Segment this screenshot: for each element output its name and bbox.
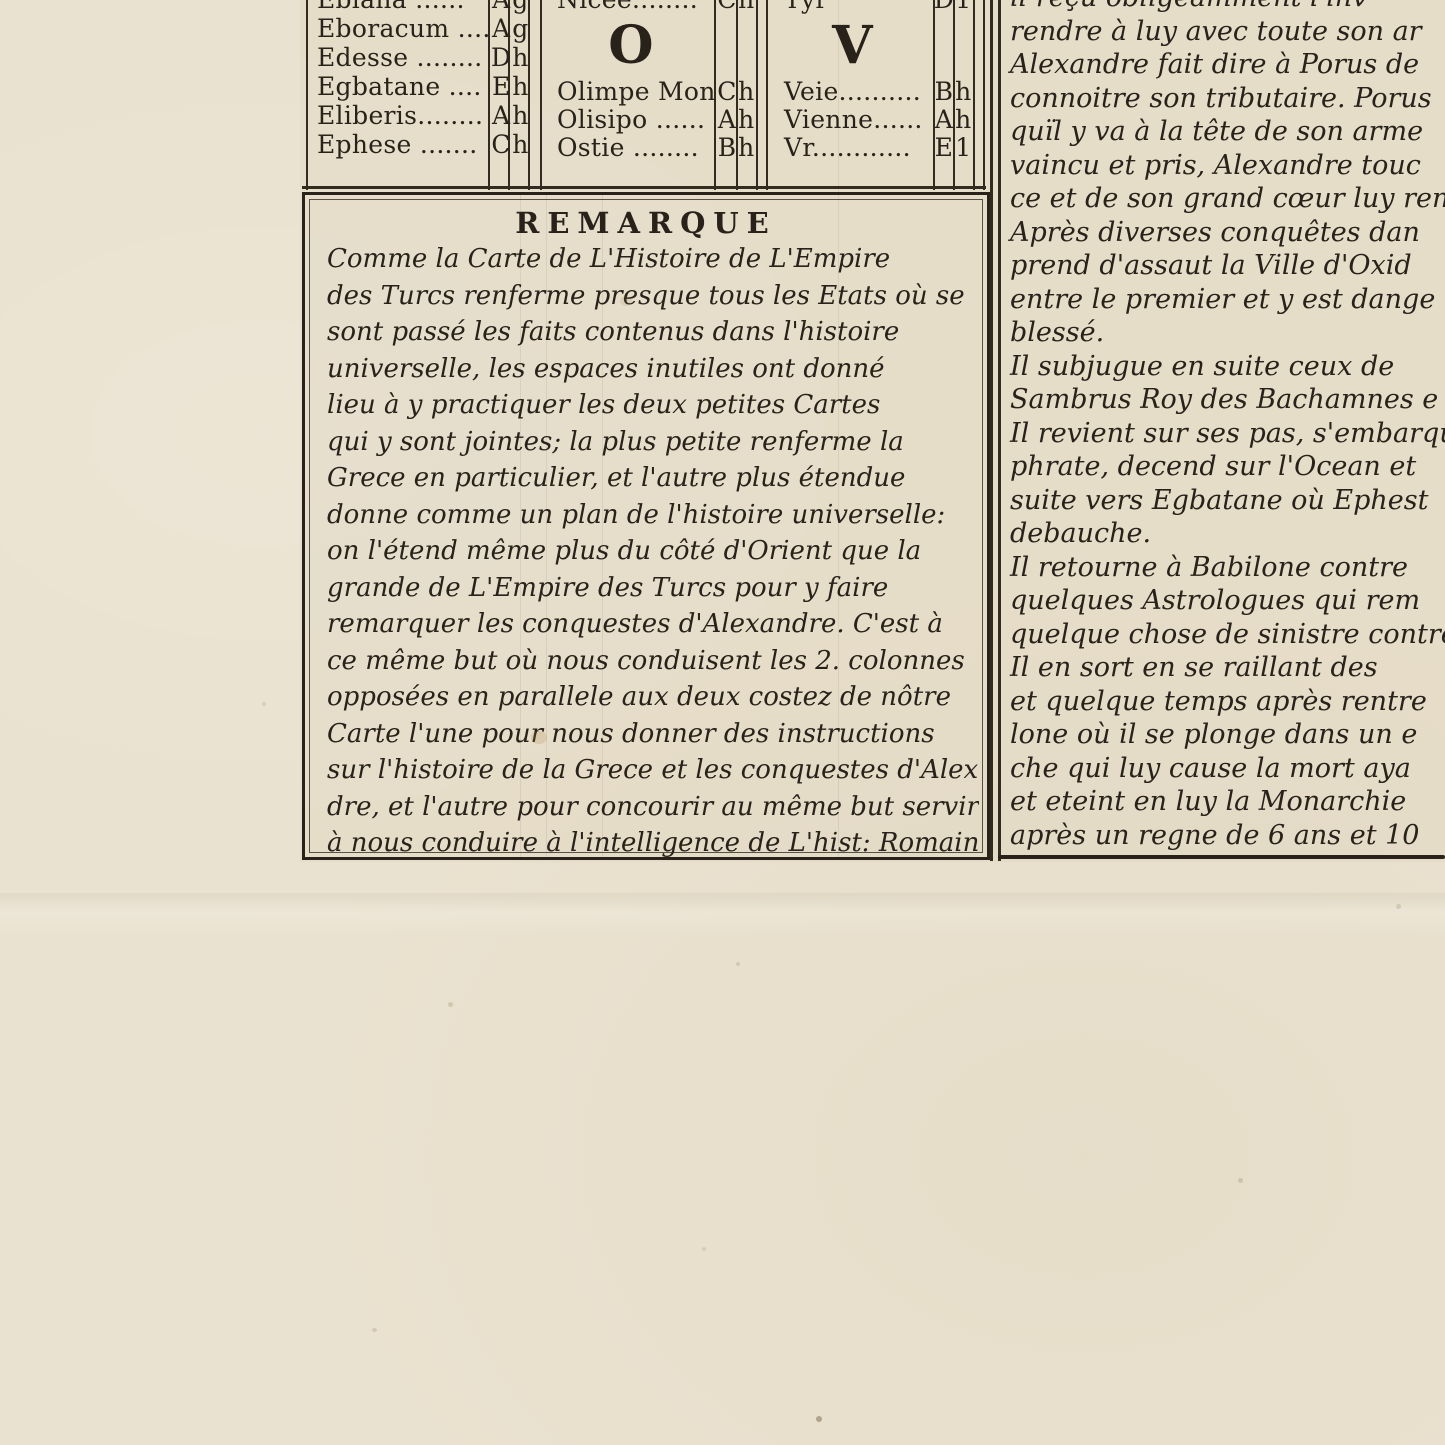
place-name: Tyr	[775, 0, 934, 14]
remarque-line: Grece en particulier, et l'autre plus ét…	[327, 460, 979, 497]
place-name: Eboracum ....	[308, 14, 492, 43]
table-border-right-double	[973, 0, 975, 190]
table-row: Egbatane .... E h	[308, 72, 530, 101]
table-row: Vienne...... A h	[775, 105, 973, 133]
place-name: Egbatane ....	[308, 72, 492, 101]
engraving-page: Eblana ...... A g Eboracum .... A g Edes…	[0, 0, 1445, 1445]
handwritten-line: après un regne de 6 ans et 10	[1010, 819, 1445, 853]
remarque-line: donne comme un plan de l'histoire univer…	[327, 497, 979, 534]
right-column-border-double	[998, 0, 1001, 861]
section-letter-v: V	[775, 14, 930, 77]
table-row-top: Nicée........ C h	[548, 0, 756, 14]
handwritten-line: debauche.	[1010, 517, 1445, 551]
handwritten-line: connoitre son tributaire. Porus	[1010, 82, 1445, 116]
handwritten-line: et quelque temps après rentre	[1010, 685, 1445, 719]
table-row: Ephese ....... C h	[308, 130, 530, 159]
remarque-line: des Turcs renferme presque tous les Etat…	[327, 278, 979, 315]
paper-speckle	[262, 702, 266, 706]
handwritten-line: lone où il se plonge dans un e	[1010, 718, 1445, 752]
remarque-line: Comme la Carte de L'Histoire de L'Empire	[327, 241, 979, 278]
code-letter: C	[717, 0, 736, 14]
table-row: Ostie ........ B h	[548, 133, 756, 161]
remarque-line: sur l'histoire de la Grece et les conque…	[327, 752, 979, 789]
paper-fold-band	[0, 893, 1445, 937]
paper-stain	[531, 731, 547, 744]
table-divider-double	[766, 0, 768, 190]
place-name: Olimpe Mons	[548, 77, 717, 106]
code-letter: A	[492, 14, 511, 43]
code-subletter: h	[511, 130, 530, 159]
code-subletter: h	[737, 77, 756, 106]
code-letter: A	[492, 0, 511, 14]
table-border-right-double	[983, 0, 985, 190]
handwritten-line: et eteint en luy la Monarchie	[1010, 785, 1445, 819]
code-subletter: h	[954, 77, 973, 106]
table-divider-double	[756, 0, 758, 190]
handwritten-line: Il revient sur ses pas, s'embarqu	[1010, 417, 1445, 451]
place-name: Vienne......	[775, 105, 934, 134]
table-row: Olimpe Mons C h	[548, 77, 756, 105]
remarque-line: dre, et l'autre pour concourir au même b…	[327, 789, 979, 826]
handwritten-line: il reçü obligeamment l'inv	[1010, 0, 1445, 15]
table-row: Olisipo ...... A h	[548, 105, 756, 133]
code-letter: C	[717, 77, 736, 106]
place-name: Veie..........	[775, 77, 934, 106]
handwritten-line: Il retourne à Babilone contre	[1010, 551, 1445, 585]
paper-speckle	[736, 962, 740, 966]
remarque-line: sont passé les faits contenus dans l'his…	[327, 314, 979, 351]
table-column-v: Tyr D 1 V Veie.......... B h Vienne.....…	[775, 0, 973, 161]
code-letter: E	[934, 133, 953, 162]
table-row: Eboracum .... A g	[308, 14, 530, 43]
handwritten-line: Sambrus Roy des Bachamnes e	[1010, 383, 1445, 417]
table-bottom-line	[302, 186, 986, 189]
table-row: Edesse ........ D h	[308, 43, 530, 72]
handwritten-line: Il en sort en se raillant des	[1010, 651, 1445, 685]
code-letter: A	[934, 105, 953, 134]
handwritten-line: vaincu et pris, Alexandre touc	[1010, 149, 1445, 183]
handwritten-line: phrate, decend sur l'Ocean et	[1010, 450, 1445, 484]
handwritten-line: Alexandre fait dire à Porus de	[1010, 48, 1445, 82]
code-letter: D	[934, 0, 954, 14]
table-row-top: Tyr D 1	[775, 0, 973, 14]
remarque-line: lieu à y practiquer les deux petites Car…	[327, 387, 979, 424]
paper-speckle	[1396, 904, 1401, 909]
remarque-line: Carte l'une pour nous donner des instruc…	[327, 716, 979, 753]
code-subletter: g	[511, 0, 530, 14]
table-divider-double	[540, 0, 542, 190]
table-rows-v: Veie.......... B h Vienne...... A h Vr..…	[775, 77, 973, 161]
handwritten-line: Après diverses conquêtes dan	[1010, 216, 1445, 250]
handwritten-line: Il subjugue en suite ceux de	[1010, 350, 1445, 384]
handwritten-line: quïl y va à la tête de son arme	[1010, 115, 1445, 149]
code-subletter: h	[954, 105, 973, 134]
section-letter-o: O	[548, 14, 714, 77]
remarque-line: à nous conduire à l'intelligence de L'hi…	[327, 825, 979, 862]
right-text-column: il reçü obligeamment l'inv rendre à luy …	[1010, 0, 1445, 852]
place-name: Ephese .......	[308, 130, 491, 159]
handwritten-line: ce et de son grand cœur luy ren	[1010, 182, 1445, 216]
remarque-box: REMARQUE Comme la Carte de L'Histoire de…	[302, 192, 990, 860]
code-subletter: h	[511, 43, 530, 72]
handwritten-line: che qui luy cause la mort aya	[1010, 752, 1445, 786]
handwritten-line: quelques Astrologues qui rem	[1010, 584, 1445, 618]
table-column-o: Nicée........ C h O Olimpe Mons C h Olis…	[548, 0, 756, 161]
place-name: Olisipo ......	[548, 105, 717, 134]
code-letter: E	[492, 72, 511, 101]
paper-speckle	[702, 1247, 706, 1251]
place-name: Vr............	[775, 133, 934, 162]
handwritten-line: suite vers Egbatane où Ephest	[1010, 484, 1445, 518]
code-letter: C	[491, 130, 510, 159]
table-row: Eliberis........ A h	[308, 101, 530, 130]
table-rows-o: Olimpe Mons C h Olisipo ...... A h Ostie…	[548, 77, 756, 161]
paper-speckle	[1238, 1178, 1243, 1183]
handwritten-line: rendre à luy avec toute son ar	[1010, 15, 1445, 49]
place-name: Nicée........	[548, 0, 717, 14]
code-letter: D	[491, 43, 511, 72]
remarque-line: ce même but où nous conduisent les 2. co…	[327, 643, 979, 680]
table-column-e: Eblana ...... A g Eboracum .... A g Edes…	[308, 0, 530, 159]
code-letter: A	[492, 101, 511, 130]
handwritten-line: blessé.	[1010, 316, 1445, 350]
paper-speckle	[448, 1002, 453, 1007]
paper-speckle	[816, 1416, 822, 1422]
code-subletter: 1	[954, 133, 973, 162]
remarque-line: grande de L'Empire des Turcs pour y fair…	[327, 570, 979, 607]
place-name: Eblana ......	[308, 0, 492, 14]
paper-stain	[620, 296, 632, 306]
code-subletter: h	[737, 133, 756, 162]
place-name: Eliberis........	[308, 101, 492, 130]
code-letter: B	[717, 133, 736, 162]
handwritten-line: quelque chose de sinistre contre	[1010, 618, 1445, 652]
table-row: Eblana ...... A g	[308, 0, 530, 14]
remarque-line: on l'étend même plus du côté d'Orient qu…	[327, 533, 979, 570]
remarque-line: universelle, les espaces inutiles ont do…	[327, 351, 979, 388]
table-row: Vr............ E 1	[775, 133, 973, 161]
code-subletter: g	[511, 14, 530, 43]
remarque-line: opposées en parallele aux deux costez de…	[327, 679, 979, 716]
table-row: Veie.......... B h	[775, 77, 973, 105]
remarque-title: REMARQUE	[305, 206, 987, 240]
right-column-border-double	[990, 0, 993, 861]
code-subletter: h	[511, 72, 530, 101]
right-column-bottom-rule	[998, 855, 1445, 859]
place-name: Ostie ........	[548, 133, 717, 162]
remarque-line: remarquer les conquestes d'Alexandre. C'…	[327, 606, 979, 643]
remarque-text: Comme la Carte de L'Histoire de L'Empire…	[327, 241, 979, 862]
code-subletter: 1	[954, 0, 973, 14]
paper-speckle	[372, 1328, 377, 1332]
code-subletter: h	[737, 0, 756, 14]
code-letter: B	[934, 77, 953, 106]
code-letter: A	[717, 105, 736, 134]
place-name: Edesse ........	[308, 43, 491, 72]
code-subletter: h	[737, 105, 756, 134]
remarque-line: qui y sont jointes; la plus petite renfe…	[327, 424, 979, 461]
handwritten-line: entre le premier et y est dange	[1010, 283, 1445, 317]
code-subletter: h	[511, 101, 530, 130]
handwritten-line: prend d'assaut la Ville d'Oxid	[1010, 249, 1445, 283]
